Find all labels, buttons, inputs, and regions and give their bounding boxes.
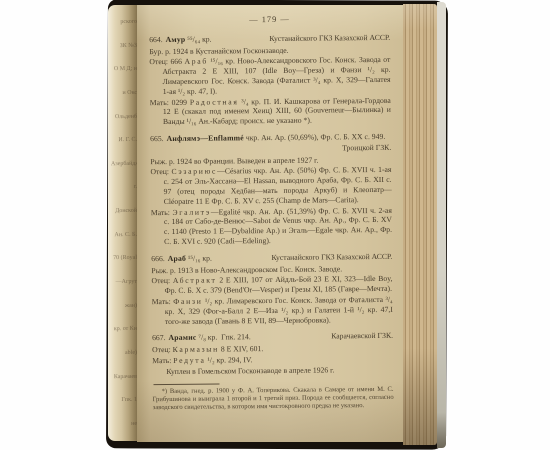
book-page: — 179 — 664.Амур ⁵⁵/₆₄ кр. Кустанайского… — [137, 5, 403, 442]
sire-line: Отец: Сэзариюс—Césarius чкр. Ан. Ар. (50… — [150, 165, 391, 206]
sire-line: Отец: 666 Араб ¹⁵/₁₆ кр. Ново-Александро… — [149, 55, 390, 96]
stud-org: Карачаевской ГЗК. — [331, 331, 393, 341]
footnote-rule — [153, 383, 219, 385]
horse-grade: ¹⁵/₁₆ кр. — [186, 253, 212, 262]
sire-line: Отец: Абстракт 2 Е XIII, 107 от Айдль-Бо… — [151, 274, 392, 296]
stud-entry-667: 667.Арамис ⁷/₈ кр. Гпк. 214. Карачаевско… — [152, 331, 393, 376]
left-page-text-fragments: рскогоЗК №3О М Д; ии ОксОльденбИ. Г. С.А… — [111, 19, 137, 427]
horse-grade: чкр. Ан. Ар. (50,69%), Фр. С. Б. XX с. 9… — [244, 132, 385, 142]
stud-entry-665: 665.Анфлямэ—Enflammé чкр. Ан. Ар. (50,69… — [150, 132, 392, 247]
horse-grade: ⁵⁵/₆₄ кр. — [185, 34, 211, 43]
page-text: — 179 — 664.Амур ⁵⁵/₆₄ кр. Кустанайского… — [149, 14, 394, 442]
purchase-note: Куплен в Гомельском Госконзаводе в апрел… — [152, 365, 393, 377]
entry-header: 666.Араб ¹⁵/₁₆ кр. Кустанайского ГКЗ Каз… — [151, 252, 392, 264]
stud-entry-666: 666.Араб ¹⁵/₁₆ кр. Кустанайского ГКЗ Каз… — [151, 252, 393, 327]
footnote-text: *) Ванда, гнед. р. 1900 у Ф. А. Топерико… — [153, 385, 394, 412]
horse-name: Арамис — [168, 333, 196, 342]
entry-number: 666. — [151, 254, 165, 263]
dam-line: Мать: 0299 Радостная ³/₄ кр. П. И. Кашка… — [150, 95, 391, 127]
horse-name: Анфлямэ—Enflammé — [167, 133, 244, 143]
stud-org: Кустанайского ГКЗ Казахской АССР. — [271, 252, 392, 263]
stud-entry-664: 664.Амур ⁵⁵/₆₄ кр. Кустанайского ГКЗ Каз… — [149, 33, 391, 127]
dam-line: Мать: Фанзи ¹/₂ кр. Лимаревского Гос. Ко… — [152, 295, 393, 327]
stud-org: Троицкой ГЗК. — [342, 143, 391, 152]
dam-line: Мать: Эгалитэ—Egalité чкр. Ан. Ар. (51,3… — [151, 205, 392, 246]
entry-number: 667. — [152, 333, 166, 342]
entry-number: 664. — [149, 35, 163, 44]
page-stack-fore-edge — [403, 4, 437, 445]
book-cover-edge — [437, 2, 446, 448]
left-page-fold: рскогоЗК №3О М Д; ии ОксОльденбИ. Г. С.А… — [108, 5, 138, 441]
stud-org: Кустанайского ГКЗ Казахской АССР. — [269, 33, 390, 44]
horse-name: Араб — [168, 254, 186, 263]
entry-header: 664.Амур ⁵⁵/₆₄ кр. Кустанайского ГКЗ Каз… — [149, 33, 390, 45]
horse-name: Амур — [166, 35, 186, 44]
page-number: — 179 — — [149, 14, 390, 26]
entry-header: 667.Арамис ⁷/₈ кр. Гпк. 214. Карачаевско… — [152, 331, 393, 343]
horse-grade: ⁷/₈ кр. Гпк. 214. — [196, 333, 250, 343]
entry-number: 665. — [150, 134, 164, 143]
